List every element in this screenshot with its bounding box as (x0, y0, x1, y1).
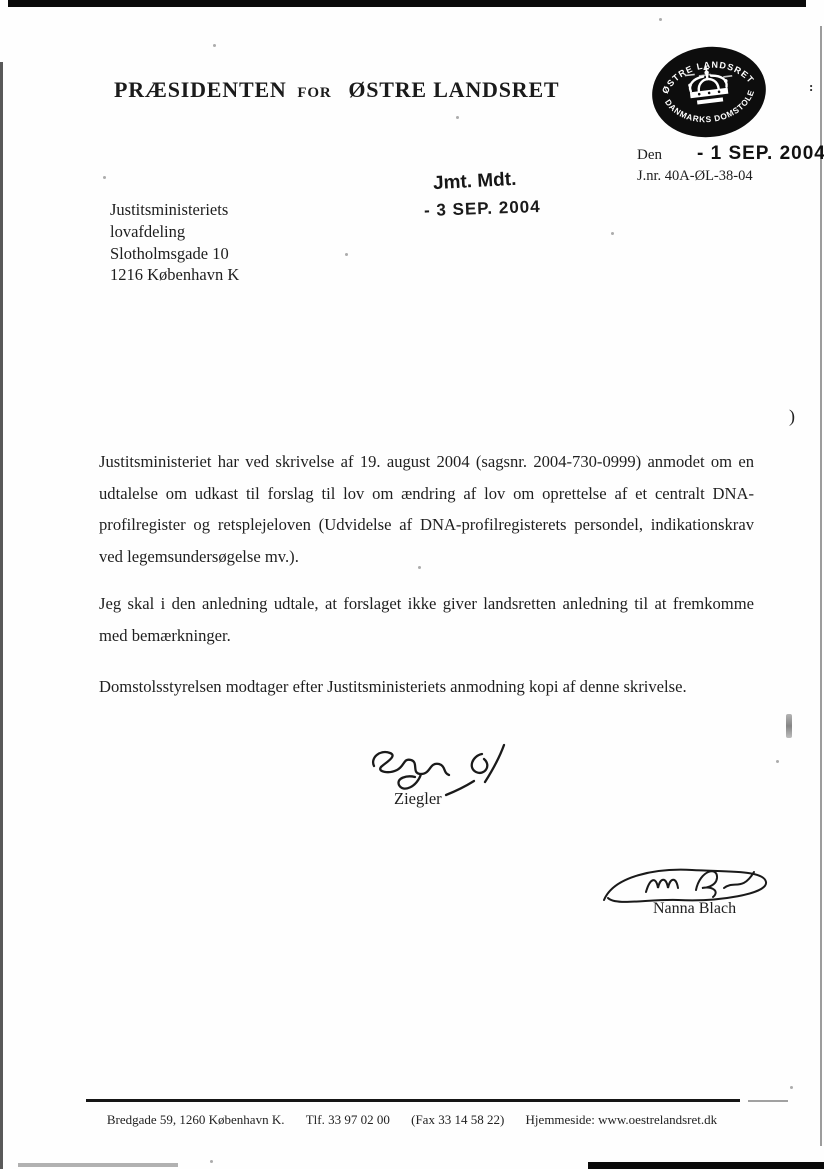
letterhead-title-main: PRÆSIDENTEN (114, 77, 287, 102)
body-line: udtalelse om udkast til forslag til lov … (99, 478, 754, 510)
date-label: Den (637, 147, 662, 164)
scan-bottom-edge-artifact (588, 1162, 824, 1169)
scan-speck (456, 116, 459, 119)
scan-speck (776, 760, 779, 763)
recipient-line: 1216 København K (110, 264, 239, 286)
body-line: profilregister og retsplejeloven (Udvide… (99, 509, 754, 541)
recipient-address: Justitsministeriets lovafdeling Slotholm… (110, 199, 239, 286)
letter-body: Justitsministeriet har ved skrivelse af … (99, 446, 754, 703)
paragraph: Domstolsstyrelsen modtager efter Justits… (99, 671, 754, 703)
scan-smudge (786, 714, 792, 738)
scan-left-edge-artifact (0, 62, 3, 1169)
received-stamp-line2: - 3 SEP. 2004 (424, 197, 541, 221)
body-line: Justitsministeriet har ved skrivelse af … (99, 446, 754, 478)
scan-colon-mark: : (809, 82, 813, 91)
footer-phone: Tlf. 33 97 02 00 (306, 1112, 390, 1127)
letterhead-title-for: FOR (297, 85, 331, 101)
date-stamp: - 1 SEP. 2004 (697, 143, 824, 165)
scan-bottom-dash-artifact (18, 1163, 178, 1167)
scan-speck (790, 1086, 793, 1089)
scan-speck (213, 44, 216, 47)
body-line: Jeg skal i den anledning udtale, at fors… (99, 588, 754, 620)
body-line: med bemærkninger. (99, 620, 754, 652)
footer-divider-dash (748, 1100, 788, 1102)
footer-website: Hjemmeside: www.oestrelandsret.dk (526, 1112, 718, 1127)
footer-divider (86, 1099, 740, 1102)
letter-page: ) : PRÆSIDENTEN FOR ØSTRE LANDSRET ØSTRE… (0, 0, 824, 1169)
footer-fax: (Fax 33 14 58 22) (411, 1112, 504, 1127)
court-seal: ØSTRE LANDSRET DANMARKS DOMSTOLE (647, 42, 771, 142)
journal-number: J.nr. 40A-ØL-38-04 (637, 168, 753, 185)
recipient-line: Slotholmsgade 10 (110, 243, 239, 265)
scan-speck (611, 232, 614, 235)
body-line: Domstolsstyrelsen modtager efter Justits… (99, 671, 754, 703)
scan-speck (345, 253, 348, 256)
scan-top-edge-artifact (8, 0, 806, 7)
paragraph: Justitsministeriet har ved skrivelse af … (99, 446, 754, 572)
scan-paren-mark: ) (789, 406, 795, 427)
scan-speck (210, 1160, 213, 1163)
scan-speck (659, 18, 662, 21)
letterhead-title: PRÆSIDENTEN FOR ØSTRE LANDSRET (114, 77, 559, 103)
footer-address: Bredgade 59, 1260 København K. (107, 1112, 285, 1127)
signature-name-nanna-blach: Nanna Blach (653, 900, 736, 918)
recipient-line: lovafdeling (110, 221, 239, 243)
letterhead-title-court: ØSTRE LANDSRET (348, 77, 559, 102)
paragraph: Jeg skal i den anledning udtale, at fors… (99, 588, 754, 651)
footer-contact-line: Bredgade 59, 1260 København K. Tlf. 33 9… (0, 1112, 824, 1128)
body-line: ved legemsundersøgelse mv.). (99, 541, 754, 573)
signature-ziegler (358, 740, 553, 806)
recipient-line: Justitsministeriets (110, 199, 239, 221)
scan-speck (103, 176, 106, 179)
received-stamp-line1: Jmt. Mdt. (432, 169, 516, 195)
scan-right-edge-artifact (820, 26, 822, 1146)
signature-name-ziegler: Ziegler (394, 789, 442, 809)
